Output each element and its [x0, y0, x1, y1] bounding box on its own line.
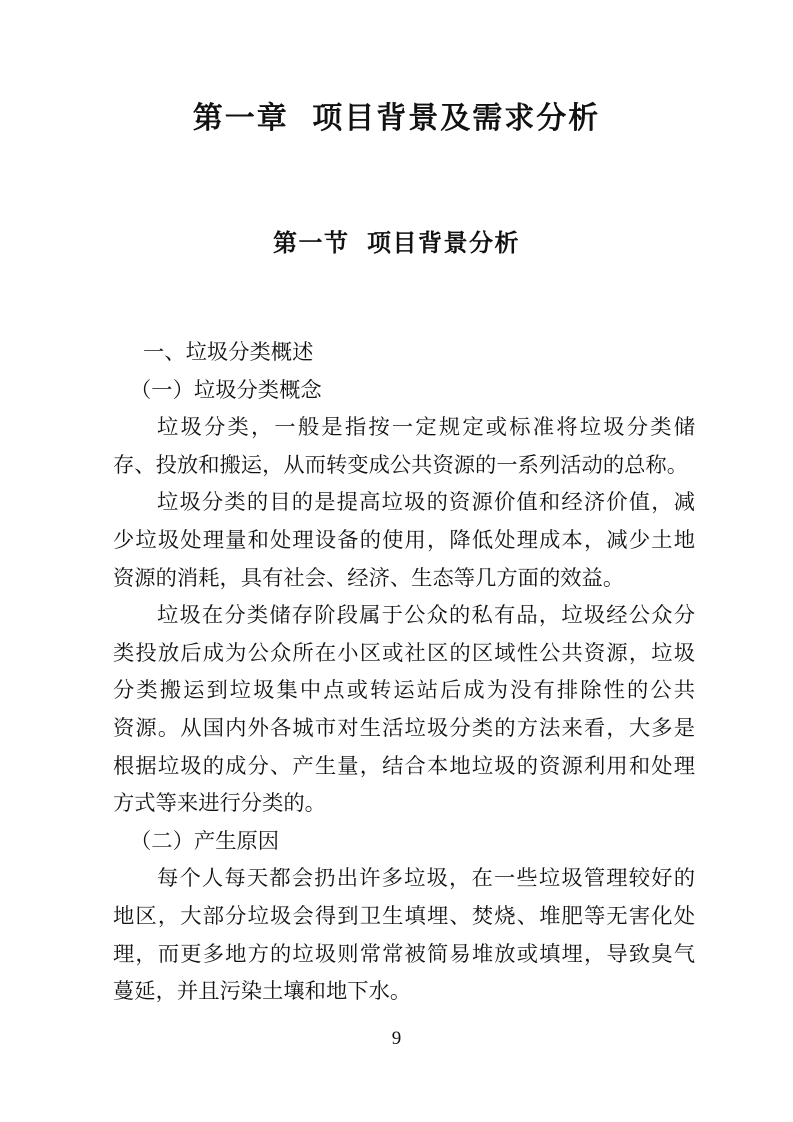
sub-heading: （一）垃圾分类概念	[113, 372, 695, 410]
paragraph-line: 蔓延，并且污染土壤和地下水。	[113, 973, 695, 1011]
paragraph-line: 存、投放和搬运，从而转变成公共资源的一系列活动的总称。	[113, 447, 695, 485]
section-title: 第一节 项目背景分析	[0, 229, 793, 259]
paragraph-line: 根据垃圾的成分、产生量，结合本地垃圾的资源利用和处理	[113, 748, 695, 786]
list-heading: 一、垃圾分类概述	[113, 334, 695, 372]
document-body: 一、垃圾分类概述（一）垃圾分类概念垃圾分类，一般是指按一定规定或标准将垃圾分类储…	[113, 334, 695, 1011]
paragraph-line: 理，而更多地方的垃圾则常常被简易堆放或填埋，导致臭气	[113, 936, 695, 974]
paragraph-line: 地区，大部分垃圾会得到卫生填埋、焚烧、堆肥等无害化处	[113, 898, 695, 936]
paragraph-line: 垃圾分类的目的是提高垃圾的资源价值和经济价值，减	[113, 484, 695, 522]
paragraph-line: 资源的消耗，具有社会、经济、生态等几方面的效益。	[113, 560, 695, 598]
paragraph-line: 垃圾在分类储存阶段属于公众的私有品，垃圾经公众分	[113, 597, 695, 635]
paragraph-line: 每个人每天都会扔出许多垃圾，在一些垃圾管理较好的	[113, 860, 695, 898]
sub-heading: （二）产生原因	[113, 823, 695, 861]
paragraph-line: 资源。从国内外各城市对生活垃圾分类的方法来看，大多是	[113, 710, 695, 748]
chapter-title: 第一章 项目背景及需求分析	[0, 0, 793, 137]
paragraph-line: 垃圾分类，一般是指按一定规定或标准将垃圾分类储	[113, 409, 695, 447]
paragraph-line: 类投放后成为公众所在小区或社区的区域性公共资源，垃圾	[113, 635, 695, 673]
document-page: 第一章 项目背景及需求分析 第一节 项目背景分析 一、垃圾分类概述（一）垃圾分类…	[0, 0, 793, 1122]
paragraph-line: 方式等来进行分类的。	[113, 785, 695, 823]
page-number: 9	[0, 1028, 793, 1050]
paragraph-line: 分类搬运到垃圾集中点或转运站后成为没有排除性的公共	[113, 672, 695, 710]
paragraph-line: 少垃圾处理量和处理设备的使用，降低处理成本，减少土地	[113, 522, 695, 560]
